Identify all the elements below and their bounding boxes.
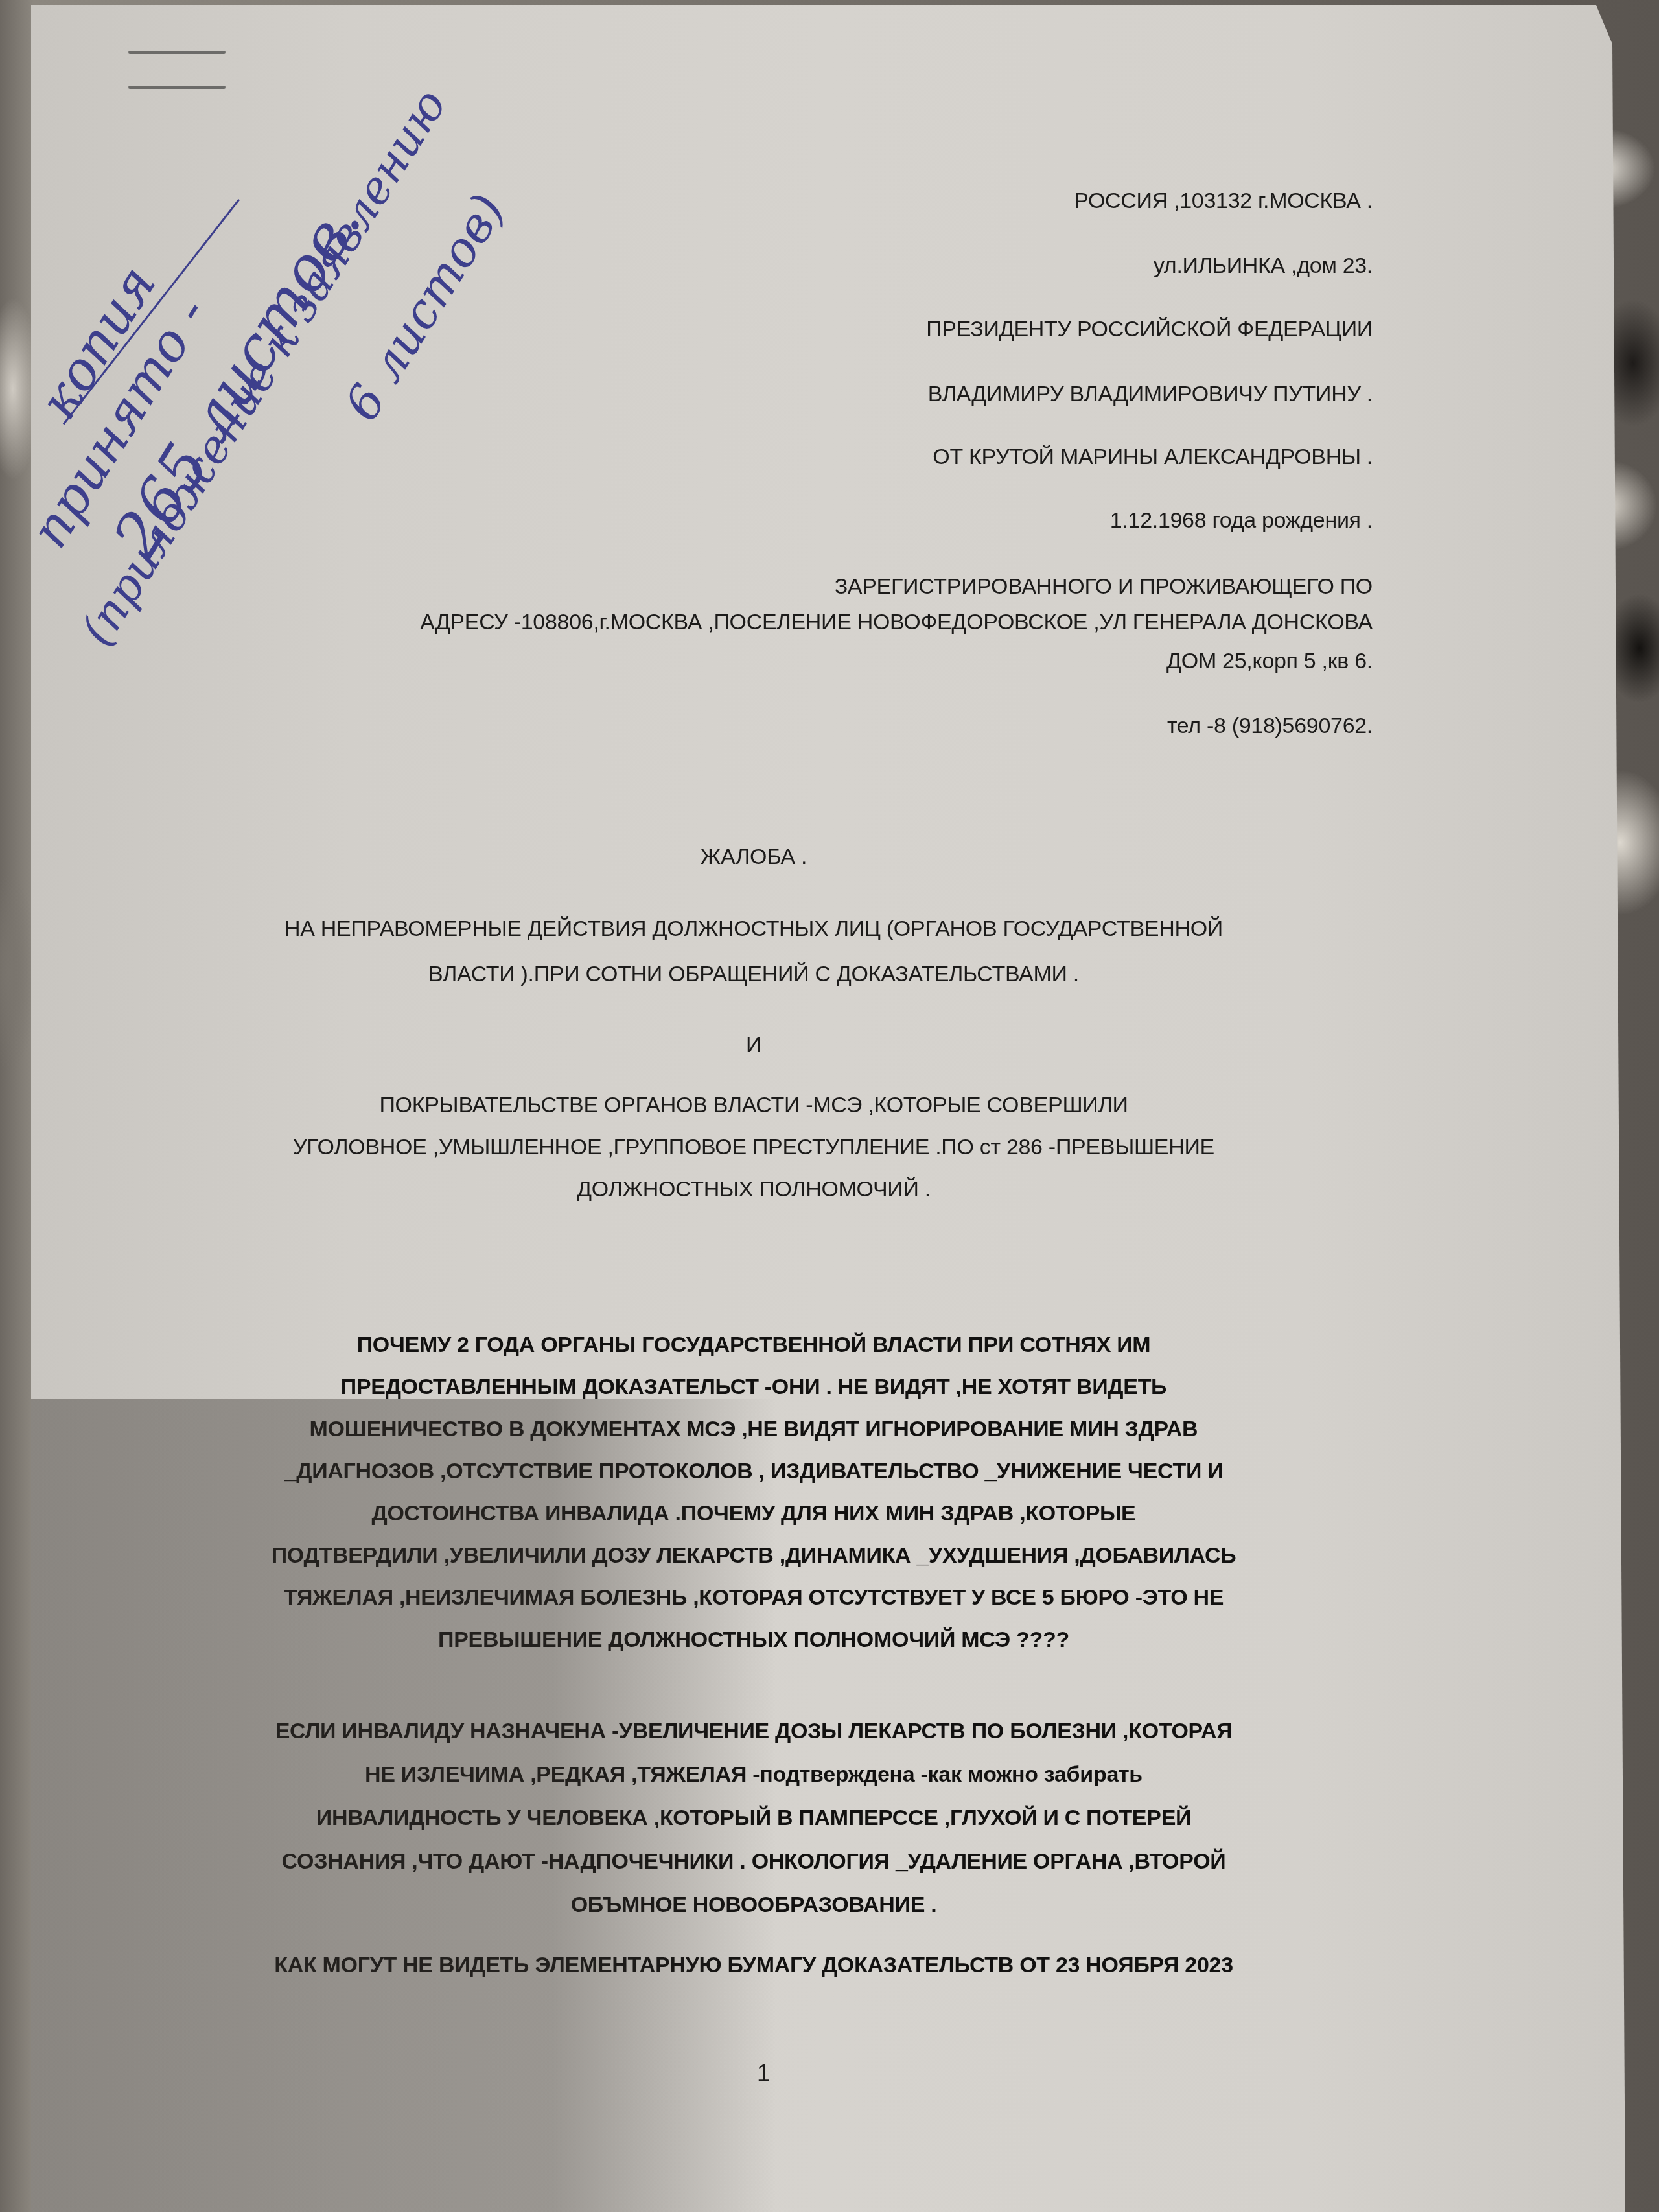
paragraph-line: СОЗНАНИЯ ,ЧТО ДАЮТ -НАДПОЧЕЧНИКИ . ОНКОЛ… <box>161 1840 1347 1883</box>
recipient-name: ВЛАДИМИРУ ВЛАДИМИРОВИЧУ ПУТИНУ . <box>928 383 1373 405</box>
paragraph-line: ЕСЛИ ИНВАЛИДУ НАЗНАЧЕНА -УВЕЛИЧЕНИЕ ДОЗЫ… <box>161 1710 1347 1753</box>
paragraph-1: ПОЧЕМУ 2 ГОДА ОРГАНЫ ГОСУДАРСТВЕННОЙ ВЛА… <box>161 1324 1347 1661</box>
subject-line: УГОЛОВНОЕ ,УМЫШЛЕННОЕ ,ГРУППОВОЕ ПРЕСТУП… <box>161 1126 1347 1169</box>
sender-name: ОТ КРУТОЙ МАРИНЫ АЛЕКСАНДРОВНЫ . <box>933 446 1373 468</box>
paragraph-line: _ДИАГНОЗОВ ,ОТСУТСТВИЕ ПРОТОКОЛОВ , ИЗДИ… <box>161 1450 1347 1493</box>
subject-line: ПОКРЫВАТЕЛЬСТВЕ ОРГАНОВ ВЛАСТИ -МСЭ ,КОТ… <box>161 1084 1347 1126</box>
sender-address: АДРЕСУ -108806,г.МОСКВА ,ПОСЕЛЕНИЕ НОВОФ… <box>420 611 1373 633</box>
recipient-title: ПРЕЗИДЕНТУ РОССИЙСКОЙ ФЕДЕРАЦИИ <box>926 318 1373 340</box>
paragraph-line: ПОЧЕМУ 2 ГОДА ОРГАНЫ ГОСУДАРСТВЕННОЙ ВЛА… <box>161 1324 1347 1366</box>
subject-line: НА НЕПРАВОМЕРНЫЕ ДЕЙСТВИЯ ДОЛЖНОСТНЫХ ЛИ… <box>161 906 1347 951</box>
pencil-mark-bottom <box>128 86 226 89</box>
paragraph-line: ДОСТОИНСТВА ИНВАЛИДА .ПОЧЕМУ ДЛЯ НИХ МИН… <box>161 1493 1347 1535</box>
paragraph-line: ТЯЖЕЛАЯ ,НЕИЗЛЕЧИМАЯ БОЛЕЗНЬ ,КОТОРАЯ ОТ… <box>161 1577 1347 1619</box>
paragraph-line: КАК МОГУТ НЕ ВИДЕТЬ ЭЛЕМЕНТАРНУЮ БУМАГУ … <box>161 1946 1347 1984</box>
conjunction-block: И <box>161 1026 1347 1064</box>
paragraph-line: НЕ ИЗЛЕЧИМА ,РЕДКАЯ ,ТЯЖЕЛАЯ -подтвержде… <box>161 1753 1347 1797</box>
paragraph-line: ПОДТВЕРДИЛИ ,УВЕЛИЧИЛИ ДОЗУ ЛЕКАРСТВ ,ДИ… <box>161 1535 1347 1577</box>
sender-registered-label: ЗАРЕГИСТРИРОВАННОГО И ПРОЖИВАЮЩЕГО ПО <box>835 576 1373 598</box>
document-title: ЖАЛОБА . <box>161 838 1347 876</box>
sender-phone: тел -8 (918)5690762. <box>1167 715 1373 737</box>
paragraph-line: ИНВАЛИДНОСТЬ У ЧЕЛОВЕКА ,КОТОРЫЙ В ПАМПЕ… <box>161 1797 1347 1840</box>
document-title-block: ЖАЛОБА . <box>161 838 1347 876</box>
paragraph-line: ОБЪМНОЕ НОВООБРАЗОВАНИЕ . <box>161 1883 1347 1927</box>
sender-address-cont: ДОМ 25,корп 5 ,кв 6. <box>1166 650 1373 672</box>
recipient-address-line2: ул.ИЛЬИНКА ,дом 23. <box>1154 255 1373 277</box>
paragraph-2: ЕСЛИ ИНВАЛИДУ НАЗНАЧЕНА -УВЕЛИЧЕНИЕ ДОЗЫ… <box>161 1710 1347 1927</box>
subject-block: НА НЕПРАВОМЕРНЫЕ ДЕЙСТВИЯ ДОЛЖНОСТНЫХ ЛИ… <box>161 906 1347 997</box>
sender-birth-date: 1.12.1968 года рождения . <box>1110 509 1373 531</box>
subject-line: ДОЛЖНОСТНЫХ ПОЛНОМОЧИЙ . <box>161 1169 1347 1211</box>
subject-block-2: ПОКРЫВАТЕЛЬСТВЕ ОРГАНОВ ВЛАСТИ -МСЭ ,КОТ… <box>161 1084 1347 1211</box>
page-number: 1 <box>757 2060 770 2087</box>
recipient-address-line1: РОССИЯ ,103132 г.МОСКВА . <box>1074 190 1373 212</box>
paragraph-line: ПРЕДОСТАВЛЕННЫМ ДОКАЗАТЕЛЬСТ -ОНИ . НЕ В… <box>161 1366 1347 1408</box>
paragraph-3: КАК МОГУТ НЕ ВИДЕТЬ ЭЛЕМЕНТАРНУЮ БУМАГУ … <box>161 1946 1347 1984</box>
document-page: копия принято - 265 листов. (приложение … <box>31 5 1625 2212</box>
subject-line: ВЛАСТИ ).ПРИ СОТНИ ОБРАЩЕНИЙ С ДОКАЗАТЕЛ… <box>161 951 1347 997</box>
pencil-mark-top <box>128 51 226 54</box>
paragraph-line: МОШЕНИЧЕСТВО В ДОКУМЕНТАХ МСЭ ,НЕ ВИДЯТ … <box>161 1408 1347 1450</box>
paragraph-line: ПРЕВЫШЕНИЕ ДОЛЖНОСТНЫХ ПОЛНОМОЧИЙ МСЭ ??… <box>161 1619 1347 1661</box>
conjunction: И <box>161 1026 1347 1064</box>
